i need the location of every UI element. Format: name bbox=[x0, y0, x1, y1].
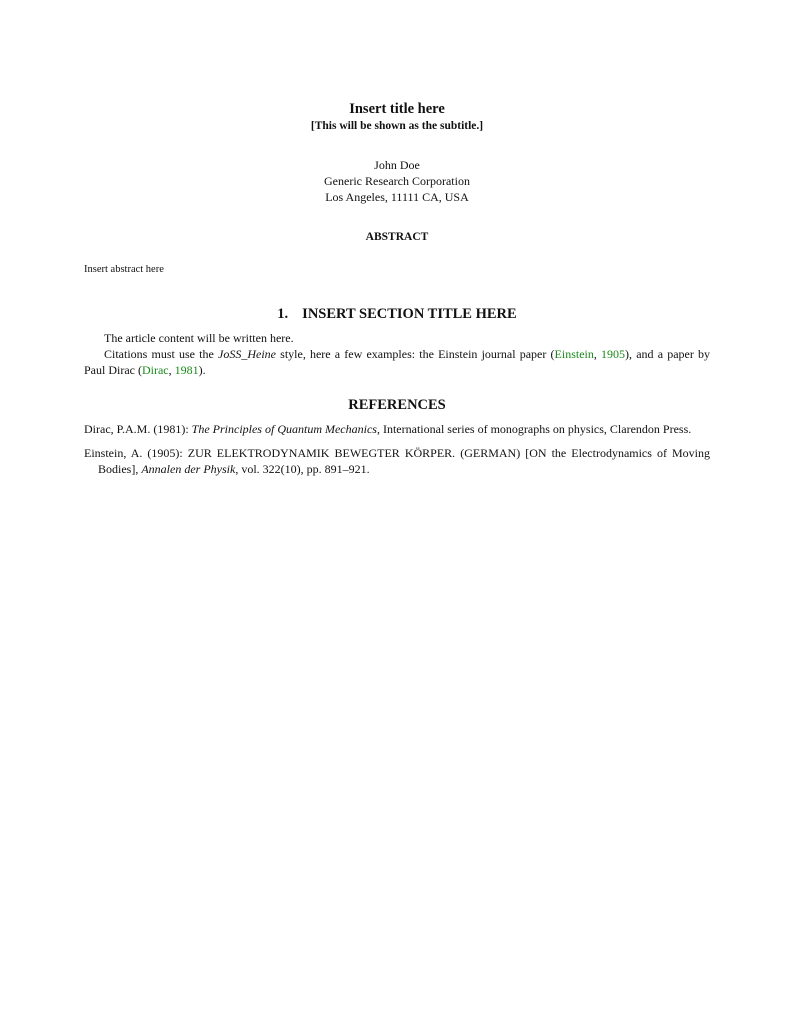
section-title: INSERT SECTION TITLE HERE bbox=[302, 306, 517, 322]
citation-link-einstein-year[interactable]: 1905 bbox=[601, 347, 625, 361]
reference-list: Dirac, P.A.M. (1981): The Principles of … bbox=[84, 421, 710, 485]
author-block: John Doe Generic Research Corporation Lo… bbox=[84, 157, 710, 205]
citation-link-einstein-author[interactable]: Einstein bbox=[555, 347, 594, 361]
section-number: 1. bbox=[277, 306, 288, 322]
reference-item: Dirac, P.A.M. (1981): The Principles of … bbox=[84, 421, 710, 437]
section-heading: 1.INSERT SECTION TITLE HERE bbox=[84, 306, 710, 323]
paragraph: Citations must use the JoSS_Heine style,… bbox=[84, 346, 710, 378]
reference-rest: , vol. 322(10), pp. 891–921. bbox=[235, 462, 369, 476]
text-run: , bbox=[594, 347, 601, 361]
reference-rest: , International series of monographs on … bbox=[377, 422, 691, 436]
style-name: JoSS_Heine bbox=[218, 347, 276, 361]
reference-title: The Principles of Quantum Mechanics bbox=[192, 422, 377, 436]
section-body: The article content will be written here… bbox=[84, 330, 710, 378]
text-run: Citations must use the bbox=[104, 347, 218, 361]
paper-title: Insert title here bbox=[84, 101, 710, 118]
paragraph: The article content will be written here… bbox=[84, 330, 710, 346]
reference-title: Annalen der Physik bbox=[141, 462, 235, 476]
author-affiliation: Generic Research Corporation bbox=[84, 173, 710, 189]
author-address: Los Angeles, 11111 CA, USA bbox=[84, 189, 710, 205]
text-run: style, here a few examples: the Einstein… bbox=[276, 347, 555, 361]
paper-subtitle: [This will be shown as the subtitle.] bbox=[84, 120, 710, 132]
abstract-text: Insert abstract here bbox=[84, 264, 164, 275]
text-run: ). bbox=[199, 363, 206, 377]
reference-item: Einstein, A. (1905): ZUR ELEKTRODYNAMIK … bbox=[84, 445, 710, 477]
citation-link-dirac-author[interactable]: Dirac bbox=[142, 363, 169, 377]
citation-link-dirac-year[interactable]: 1981 bbox=[175, 363, 199, 377]
reference-lead: Dirac, P.A.M. (1981): bbox=[84, 422, 192, 436]
abstract-heading: ABSTRACT bbox=[84, 231, 710, 243]
author-name: John Doe bbox=[84, 157, 710, 173]
references-heading: REFERENCES bbox=[84, 397, 710, 414]
